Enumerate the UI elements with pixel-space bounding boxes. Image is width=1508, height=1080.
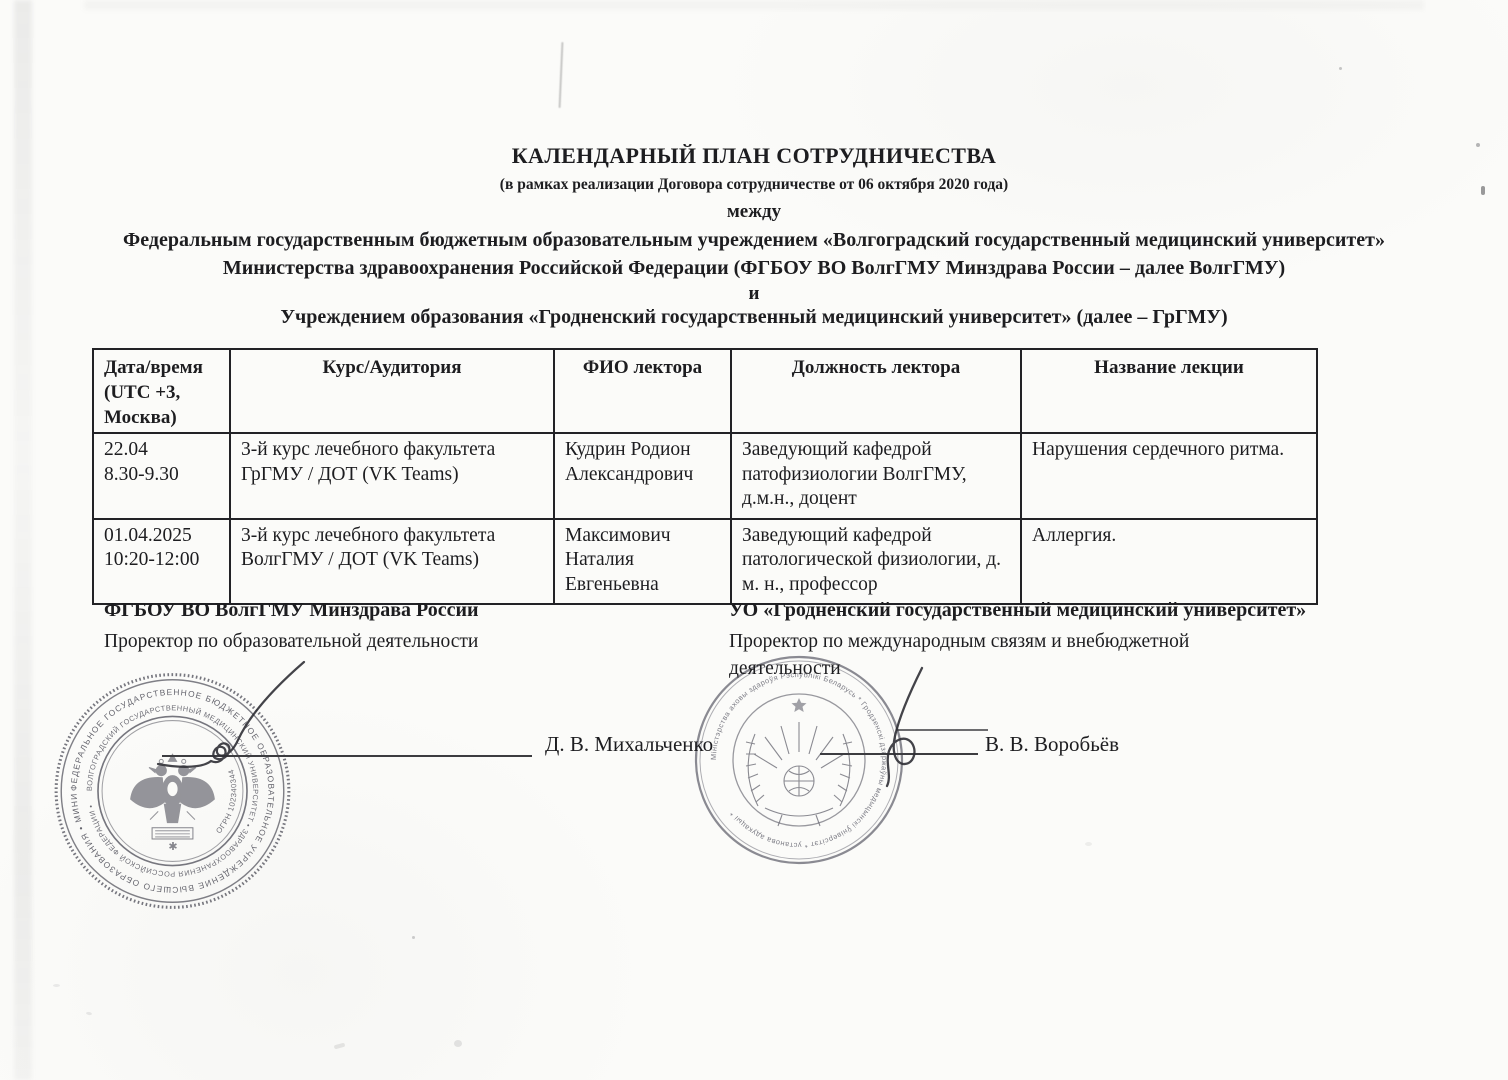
right-signer-name: В. В. Воробьёв [985, 732, 1119, 757]
scan-smudge [334, 1043, 346, 1050]
left-signature-squiggle [152, 656, 312, 788]
document-title: КАЛЕНДАРНЫЙ ПЛАН СОТРУДНИЧЕСТВА [0, 143, 1508, 169]
schedule-table: Дата/время (UTC +3, Москва) Курс/Аудитор… [92, 348, 1318, 605]
col-header-datetime: Дата/время (UTC +3, Москва) [93, 349, 230, 433]
svg-text:✱: ✱ [168, 841, 177, 853]
table-row: 01.04.2025 10:20-12:00 3-й курс лечебног… [93, 519, 1317, 605]
scan-speck [412, 936, 415, 939]
scan-top-band [84, 0, 1424, 10]
scan-speck [1339, 67, 1342, 70]
party-1-text: Федеральным государственным бюджетным об… [88, 227, 1420, 282]
table-header-row: Дата/время (UTC +3, Москва) Курс/Аудитор… [93, 349, 1317, 433]
left-signer-name: Д. В. Михальченко [545, 732, 713, 757]
table-row: 22.04 8.30-9.30 3-й курс лечебного факул… [93, 433, 1317, 519]
left-organization: ФГБОУ ВО ВолгГМУ Минздрава России [104, 599, 479, 622]
cell-datetime: 01.04.2025 10:20-12:00 [93, 519, 230, 605]
left-signer-role: Проректор по образовательной деятельност… [104, 628, 478, 655]
scanned-document-page: КАЛЕНДАРНЫЙ ПЛАН СОТРУДНИЧЕСТВА (в рамка… [0, 0, 1508, 1080]
cell-lecturer: Максимович Наталия Евгеньевна [554, 519, 731, 605]
col-header-course: Курс/Аудитория [230, 349, 554, 433]
col-header-position: Должность лектора [731, 349, 1021, 433]
pencil-mark-artifact [559, 42, 564, 108]
col-header-lecturer: ФИО лектора [554, 349, 731, 433]
party-2-text: Учреждением образования «Гродненский гос… [0, 306, 1508, 329]
cell-course: 3-й курс лечебного факультета ГрГМУ / ДО… [230, 433, 554, 519]
scan-smudge [1085, 842, 1092, 846]
cell-position: Заведующий кафедрой патофизиологии ВолгГ… [731, 433, 1021, 519]
between-word: между [0, 201, 1508, 223]
cell-position: Заведующий кафедрой патологической физио… [731, 519, 1021, 605]
right-signature-squiggle [858, 664, 950, 790]
scan-smudge [454, 1040, 462, 1047]
cell-lecture: Аллергия. [1021, 519, 1317, 605]
right-organization: УО «Гродненский государственный медицинс… [729, 599, 1306, 622]
belarus-emblem [746, 698, 852, 826]
col-header-lecture: Название лекции [1021, 349, 1317, 433]
right-signer-role: Проректор по международным связям и внеб… [729, 628, 1274, 682]
cell-course: 3-й курс лечебного факультета ВолгГМУ / … [230, 519, 554, 605]
cell-datetime: 22.04 8.30-9.30 [93, 433, 230, 519]
cell-lecture: Нарушения сердечного ритма. [1021, 433, 1317, 519]
scan-smudge [53, 984, 60, 987]
and-word: и [0, 283, 1508, 305]
document-subtitle: (в рамках реализации Договора сотрудниче… [0, 176, 1508, 194]
cell-lecturer: Кудрин Родион Александрович [554, 433, 731, 519]
scan-smudge [86, 1012, 92, 1016]
